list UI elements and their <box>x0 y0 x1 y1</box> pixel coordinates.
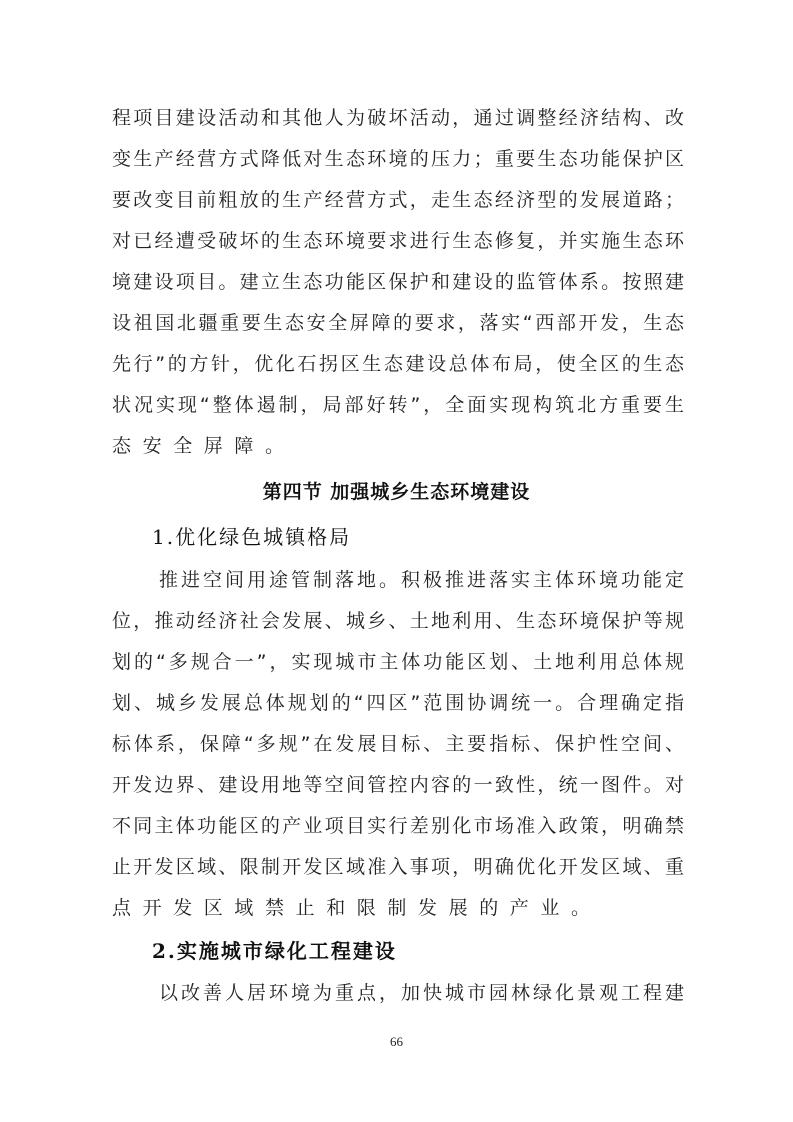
body-text-line: 标体系，保障“多规”在发展目标、主要指标、保护性空间、 <box>112 732 684 756</box>
document-page: 程项目建设活动和其他人为破坏活动，通过调整经济结构、改 变生产经营方式降低对生态… <box>0 0 793 1122</box>
body-text-line: 止开发区域、限制开发区域准入事项，明确优化开发区域、重 <box>112 855 684 879</box>
body-text-line: 变生产经营方式降低对生态环境的压力；重要生态功能保护区 <box>112 147 684 171</box>
subsection-title: 2.实施城市绿化工程建设 <box>152 939 397 963</box>
body-text-line: 程项目建设活动和其他人为破坏活动，通过调整经济结构、改 <box>112 106 684 130</box>
body-text-line: 设祖国北疆重要生态安全屏障的要求，落实“西部开发，生态 <box>112 311 684 335</box>
body-text-line: 以改善人居环境为重点，加快城市园林绿化景观工程建 <box>159 981 684 1005</box>
body-text-line: 要改变目前粗放的生产经营方式，走生态经济型的发展道路； <box>112 188 684 212</box>
body-text-line: 对已经遭受破坏的生态环境要求进行生态修复，并实施生态环 <box>112 229 684 253</box>
subsection-title: 1.优化绿色城镇格局 <box>152 525 351 549</box>
body-text-line: 境建设项目。建立生态功能区保护和建设的监管体系。按照建 <box>112 270 684 294</box>
body-text-line: 不同主体功能区的产业项目实行差别化市场准入政策，明确禁 <box>112 814 684 838</box>
body-text-line: 划的“多规合一”，实现城市主体功能区划、土地利用总体规 <box>112 650 684 674</box>
page-number: 66 <box>0 1034 793 1050</box>
body-text-line: 先行”的方针，优化石拐区生态建设总体布局，使全区的生态 <box>112 352 684 376</box>
body-text-line: 推进空间用途管制落地。积极推进落实主体环境功能定 <box>159 568 684 592</box>
body-text-line: 态安全屏障。 <box>112 434 684 458</box>
body-text-line: 点开发区域禁止和限制发展的产业。 <box>112 896 684 920</box>
body-text-line: 开发边界、建设用地等空间管控内容的一致性，统一图件。对 <box>112 773 684 797</box>
body-text-line: 位，推动经济社会发展、城乡、土地利用、生态环境保护等规 <box>112 609 684 633</box>
body-text-line: 状况实现“整体遏制，局部好转”，全面实现构筑北方重要生 <box>112 393 684 417</box>
section-heading: 第四节 加强城乡生态环境建设 <box>0 480 793 504</box>
body-text-line: 划、城乡发展总体规划的“四区”范围协调统一。合理确定指 <box>112 691 684 715</box>
